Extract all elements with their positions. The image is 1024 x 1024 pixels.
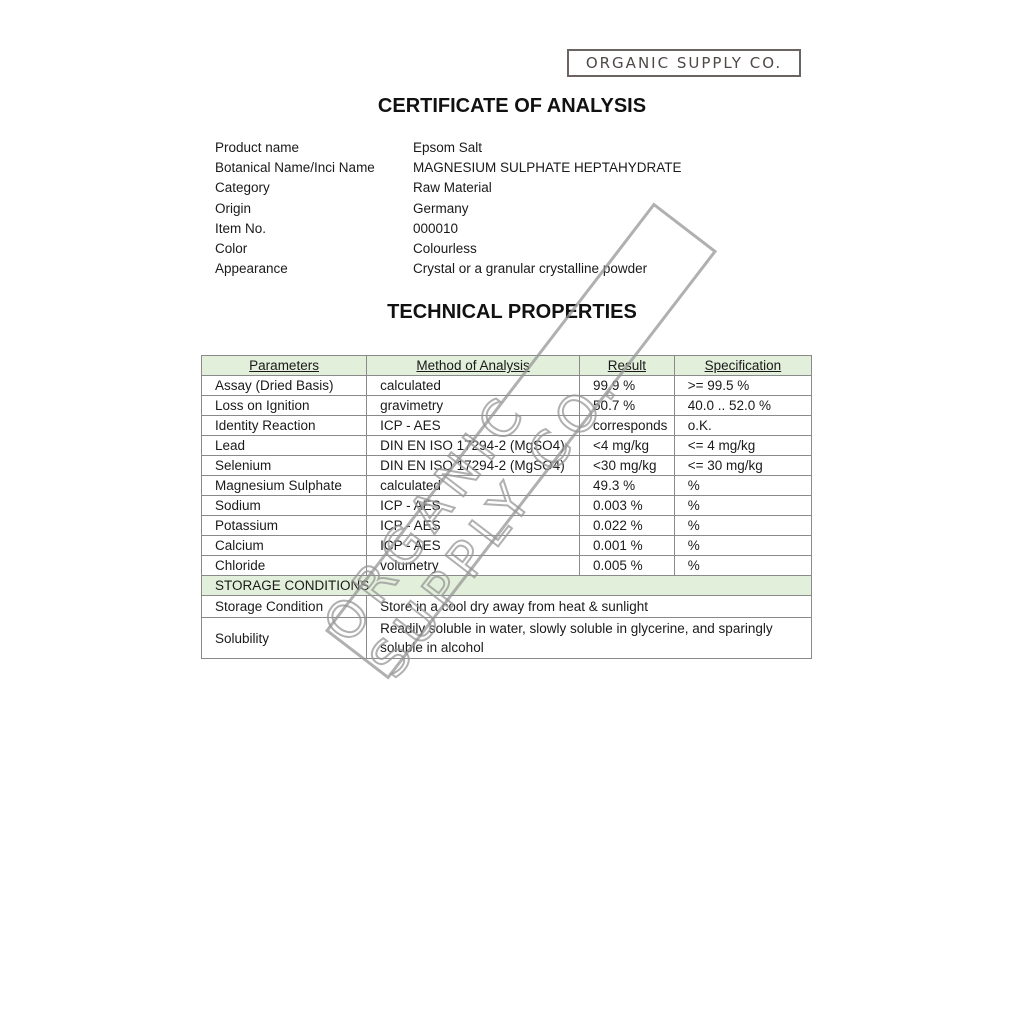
storage-row: Storage ConditionStore in a cool dry awa… (202, 596, 812, 618)
info-row: Botanical Name/Inci NameMAGNESIUM SULPHA… (215, 160, 682, 180)
info-label: Category (215, 180, 413, 200)
technical-properties-title: TECHNICAL PROPERTIES (0, 301, 1024, 324)
table-header-row: Parameters Method of Analysis Result Spe… (202, 356, 812, 376)
info-row: OriginGermany (215, 201, 682, 221)
cell-method: DIN EN ISO 17294-2 (MgSO4) (367, 456, 580, 476)
cell-result: <30 mg/kg (580, 456, 675, 476)
cell-specification: <= 4 mg/kg (674, 436, 811, 456)
brand-name: ORGANIC SUPPLY CO. (586, 54, 782, 72)
table-row: Chloridevolumetry0.005 %% (202, 556, 812, 576)
cell-specification: % (674, 536, 811, 556)
cell-specification: 40.0 .. 52.0 % (674, 396, 811, 416)
cell-specification: % (674, 516, 811, 536)
info-label: Color (215, 241, 413, 261)
cell-result: 0.022 % (580, 516, 675, 536)
cell-specification: % (674, 476, 811, 496)
technical-properties-table: Parameters Method of Analysis Result Spe… (201, 355, 812, 659)
info-label: Product name (215, 140, 413, 160)
storage-row: SolubilityReadily soluble in water, slow… (202, 618, 812, 659)
info-value: Colourless (413, 241, 477, 261)
cell-result: 0.005 % (580, 556, 675, 576)
cell-parameter: Magnesium Sulphate (202, 476, 367, 496)
cell-method: calculated (367, 376, 580, 396)
cell-method: calculated (367, 476, 580, 496)
cell-method: gravimetry (367, 396, 580, 416)
info-value: Raw Material (413, 180, 492, 200)
cell-parameter: Identity Reaction (202, 416, 367, 436)
storage-value: Readily soluble in water, slowly soluble… (367, 618, 812, 659)
table-row: PotassiumICP - AES0.022 %% (202, 516, 812, 536)
info-row: AppearanceCrystal or a granular crystall… (215, 261, 682, 281)
cell-result: corresponds (580, 416, 675, 436)
cell-specification: % (674, 496, 811, 516)
info-label: Item No. (215, 221, 413, 241)
info-label: Appearance (215, 261, 413, 281)
storage-section-row: STORAGE CONDITIONS (202, 576, 812, 596)
certificate-title: CERTIFICATE OF ANALYSIS (0, 95, 1024, 118)
storage-label: Solubility (202, 618, 367, 659)
cell-result: 49.3 % (580, 476, 675, 496)
table-row: CalciumICP - AES0.001 %% (202, 536, 812, 556)
cell-parameter: Chloride (202, 556, 367, 576)
cell-result: 50.7 % (580, 396, 675, 416)
cell-parameter: Calcium (202, 536, 367, 556)
header-method: Method of Analysis (367, 356, 580, 376)
header-result: Result (580, 356, 675, 376)
info-row: ColorColourless (215, 241, 682, 261)
info-label: Botanical Name/Inci Name (215, 160, 413, 180)
cell-parameter: Assay (Dried Basis) (202, 376, 367, 396)
cell-method: ICP - AES (367, 536, 580, 556)
cell-parameter: Selenium (202, 456, 367, 476)
info-row: Item No.000010 (215, 221, 682, 241)
product-info: Product nameEpsom Salt Botanical Name/In… (215, 140, 682, 281)
table-row: SeleniumDIN EN ISO 17294-2 (MgSO4)<30 mg… (202, 456, 812, 476)
table-row: Assay (Dried Basis)calculated99.9 %>= 99… (202, 376, 812, 396)
cell-result: 99.9 % (580, 376, 675, 396)
info-value: Epsom Salt (413, 140, 482, 160)
info-row: Product nameEpsom Salt (215, 140, 682, 160)
cell-specification: <= 30 mg/kg (674, 456, 811, 476)
cell-result: 0.003 % (580, 496, 675, 516)
cell-method: ICP - AES (367, 416, 580, 436)
cell-method: DIN EN ISO 17294-2 (MgSO4) (367, 436, 580, 456)
info-value: Germany (413, 201, 469, 221)
table-row: Magnesium Sulphatecalculated49.3 %% (202, 476, 812, 496)
cell-specification: % (674, 556, 811, 576)
header-specification: Specification (674, 356, 811, 376)
info-value: 000010 (413, 221, 458, 241)
info-row: CategoryRaw Material (215, 180, 682, 200)
storage-label: Storage Condition (202, 596, 367, 618)
cell-specification: >= 99.5 % (674, 376, 811, 396)
cell-specification: o.K. (674, 416, 811, 436)
cell-result: 0.001 % (580, 536, 675, 556)
cell-result: <4 mg/kg (580, 436, 675, 456)
header-parameters: Parameters (202, 356, 367, 376)
table-row: Loss on Ignitiongravimetry50.7 %40.0 .. … (202, 396, 812, 416)
cell-method: volumetry (367, 556, 580, 576)
cell-method: ICP - AES (367, 516, 580, 536)
brand-logo: ORGANIC SUPPLY CO. (567, 49, 801, 77)
table-row: LeadDIN EN ISO 17294-2 (MgSO4)<4 mg/kg<=… (202, 436, 812, 456)
storage-section-label: STORAGE CONDITIONS (202, 576, 812, 596)
info-label: Origin (215, 201, 413, 221)
cell-parameter: Lead (202, 436, 367, 456)
info-value: Crystal or a granular crystalline powder (413, 261, 647, 281)
cell-method: ICP - AES (367, 496, 580, 516)
cell-parameter: Potassium (202, 516, 367, 536)
table-row: SodiumICP - AES0.003 %% (202, 496, 812, 516)
cell-parameter: Loss on Ignition (202, 396, 367, 416)
storage-value: Store in a cool dry away from heat & sun… (367, 596, 812, 618)
table-row: Identity ReactionICP - AEScorrespondso.K… (202, 416, 812, 436)
info-value: MAGNESIUM SULPHATE HEPTAHYDRATE (413, 160, 682, 180)
cell-parameter: Sodium (202, 496, 367, 516)
